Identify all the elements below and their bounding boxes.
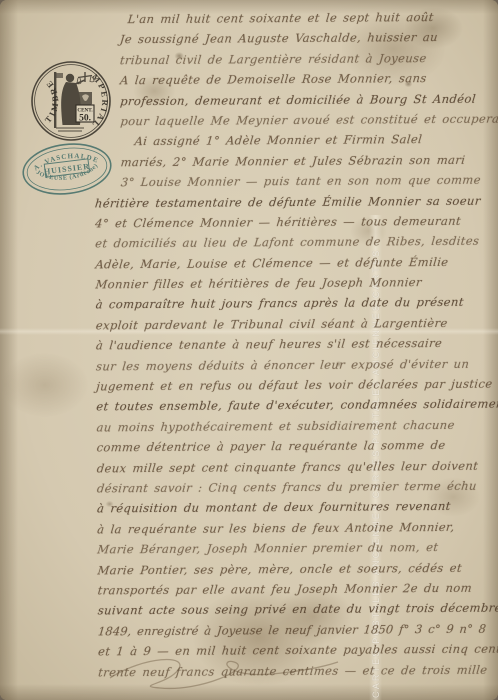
handwriting-line: à réquisition du montant de deux fournit… [96, 496, 490, 519]
handwritten-text-block: L'an mil huit cent soixante et le sept h… [94, 7, 491, 683]
handwriting-line: deux mille sept cent cinquante francs qu… [96, 455, 490, 478]
handwriting-line: Ai assigné 1° Adèle Monnier et Firmin Sa… [94, 129, 488, 152]
paraph-flourish [104, 648, 344, 696]
document-photo: CARTES POSTALES ANCIENNES CARTES POSTALE… [0, 0, 498, 700]
handwriting-line: profession, demeurant et domiciliée à Bo… [93, 88, 487, 111]
handwriting-line: et domiciliés au lieu de Lafont commune … [94, 231, 488, 254]
huissier-oval-stamp: A. VASCHALDE HUISSIER JOYEUSE (Ardèche) [17, 135, 117, 202]
handwriting-line: et toutes ensemble, faute d'exécuter, co… [95, 394, 489, 417]
stamp-arc-left-label: TIMBRE [43, 77, 61, 124]
handwriting-line: Marie Béranger, Joseph Monnier premier d… [96, 537, 490, 560]
cent-50-label: CENT. 50. [76, 105, 94, 124]
handwriting-line: Je soussigné Jean Auguste Vaschalde, hui… [93, 27, 487, 50]
handwriting-line: A la requête de Demoiselle Rose Monnier,… [93, 68, 487, 91]
handwriting-line: à comparaître huit jours francs après la… [95, 292, 489, 315]
handwriting-line: Adèle, Marie, Louise et Clémence — et dé… [94, 251, 488, 274]
handwriting-line: 1849, enregistré à Joyeuse le neuf janvi… [97, 618, 491, 641]
svg-text:TIMBRE: TIMBRE [43, 77, 61, 124]
handwriting-line: comme détentrice à payer la requérante l… [96, 435, 490, 458]
handwriting-line: sur les moyens déduits à énoncer leur ex… [95, 353, 489, 376]
handwriting-line: à l'audience tenante à neuf heures s'il … [95, 333, 489, 356]
timbre-imperial-stamp: TIMBRE IMPERIAL. CENT. 50. [26, 54, 116, 148]
handwriting-line: mariés, 2° Marie Monnier et Jules Sébraz… [94, 149, 488, 172]
fifty-text: 50. [79, 114, 91, 124]
handwriting-line: suivant acte sous seing privé en date du… [97, 598, 491, 621]
handwriting-line: héritière testamentaire de défunte Émili… [94, 190, 488, 213]
handwriting-line: 3° Louise Monnier — puis tant en son nom… [94, 170, 488, 193]
handwriting-line: Marie Pontier, ses père, mère, oncle et … [97, 557, 491, 580]
